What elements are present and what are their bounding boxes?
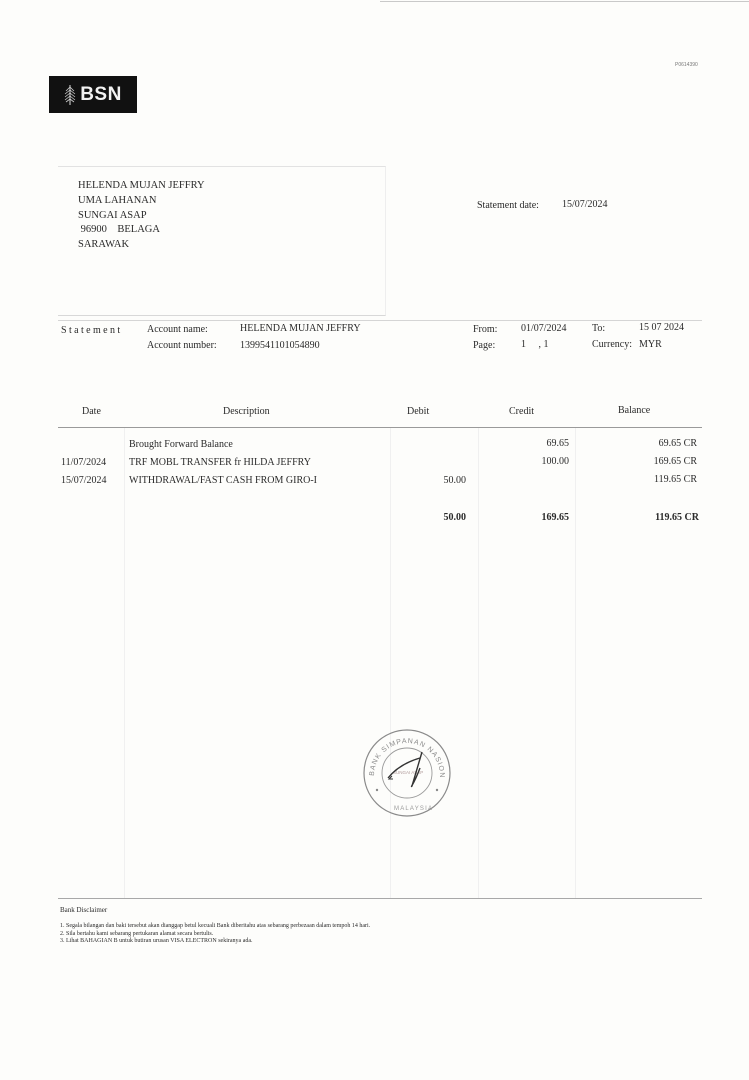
address-line: HELENDA MUJAN JEFFRY bbox=[78, 179, 205, 194]
column-separator bbox=[124, 428, 125, 898]
reference-code: P0614390 bbox=[675, 62, 698, 68]
currency-label: Currency: bbox=[592, 339, 632, 350]
page-value: 1 , 1 bbox=[521, 339, 549, 350]
row-balance: 119.65 CR bbox=[654, 474, 697, 485]
header-divider bbox=[58, 427, 702, 428]
column-separator bbox=[390, 428, 391, 898]
row-description: WITHDRAWAL/FAST CASH FROM GIRO-I bbox=[129, 475, 317, 486]
page-label: Page: bbox=[473, 340, 495, 351]
column-separator bbox=[575, 428, 576, 898]
account-name-value: HELENDA MUJAN JEFFRY bbox=[240, 323, 361, 334]
disclaimer-list: 1. Segala bilangan dan baki tersebut aka… bbox=[60, 923, 370, 946]
row-credit: 100.00 bbox=[542, 456, 570, 467]
bsn-logo: BSN bbox=[49, 76, 137, 113]
stamp-bottom-text: MALAYSIA bbox=[394, 806, 433, 812]
column-header-description: Description bbox=[223, 406, 270, 417]
row-balance: 69.65 CR bbox=[659, 438, 697, 449]
to-value: 15 07 2024 bbox=[639, 322, 684, 333]
address-line: SUNGAI ASAP bbox=[78, 209, 205, 224]
total-debit: 50.00 bbox=[444, 512, 467, 523]
address-line: UMA LAHANAN bbox=[78, 194, 205, 209]
top-border-line bbox=[380, 1, 749, 2]
address-line: 96900 BELAGA bbox=[78, 223, 205, 238]
row-debit: 50.00 bbox=[444, 475, 467, 486]
account-name-label: Account name: bbox=[147, 324, 208, 335]
disclaimer-item: 2. Sila bertahu kami sebarang pertukaran… bbox=[60, 931, 370, 939]
disclaimer-item: 3. Lihat BAHAGIAN B untuk butiran urusan… bbox=[60, 938, 370, 946]
to-label: To: bbox=[592, 323, 605, 334]
from-label: From: bbox=[473, 324, 497, 335]
address-line: SARAWAK bbox=[78, 238, 205, 253]
logo-text: BSN bbox=[80, 84, 122, 106]
from-value: 01/07/2024 bbox=[521, 323, 567, 334]
row-credit: 69.65 bbox=[547, 438, 570, 449]
footer-divider bbox=[58, 898, 702, 899]
row-date: 15/07/2024 bbox=[61, 475, 107, 486]
row-description: TRF MOBL TRANSFER fr HILDA JEFFRY bbox=[129, 457, 311, 468]
statement-section-label: Statement bbox=[61, 325, 123, 336]
account-number-value: 1399541101054890 bbox=[240, 340, 320, 351]
disclaimer-title: Bank Disclaimer bbox=[60, 906, 107, 914]
divider bbox=[58, 320, 702, 321]
row-date: 11/07/2024 bbox=[61, 457, 106, 468]
row-description: Brought Forward Balance bbox=[129, 439, 233, 450]
column-header-debit: Debit bbox=[407, 406, 429, 417]
total-credit: 169.65 bbox=[542, 512, 570, 523]
tree-icon bbox=[64, 84, 76, 106]
statement-date-label: Statement date: bbox=[477, 200, 539, 211]
column-header-balance: Balance bbox=[618, 405, 650, 416]
customer-address: HELENDA MUJAN JEFFRY UMA LAHANAN SUNGAI … bbox=[78, 179, 205, 253]
row-balance: 169.65 CR bbox=[654, 456, 697, 467]
account-number-label: Account number: bbox=[147, 340, 217, 351]
column-separator bbox=[478, 428, 479, 898]
column-header-credit: Credit bbox=[509, 406, 534, 417]
disclaimer-item: 1. Segala bilangan dan baki tersebut aka… bbox=[60, 923, 370, 931]
column-header-date: Date bbox=[82, 406, 101, 417]
total-balance: 119.65 CR bbox=[655, 512, 699, 523]
currency-value: MYR bbox=[639, 339, 662, 350]
official-stamp-icon: BANK SIMPANAN NASIONAL MALAYSIA SUNGAI A… bbox=[362, 728, 452, 818]
statement-date-value: 15/07/2024 bbox=[562, 199, 608, 210]
